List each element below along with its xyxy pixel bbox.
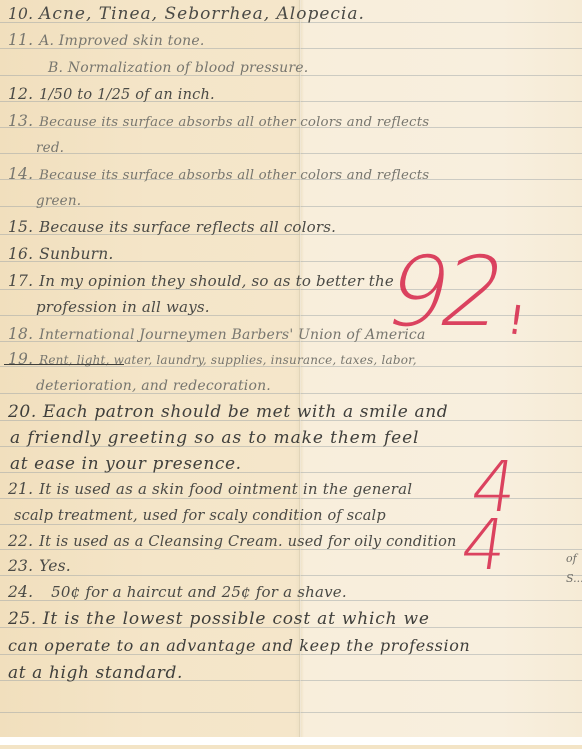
ruled-line: [0, 153, 582, 154]
answer-text: Because its surface reflects all colors.: [39, 218, 336, 236]
answer-number: 20.: [8, 402, 37, 422]
answer-text: Yes.: [39, 557, 71, 575]
answer-text: Acne, Tinea, Seborrhea, Alopecia.: [39, 4, 365, 24]
answer-text: profession in all ways.: [36, 298, 210, 316]
answer-number: 10.: [8, 5, 34, 23]
answer-19: 19. Rent, light, water, laundry, supplie…: [8, 350, 417, 368]
answer-text: 1/50 to 1/25 of an inch.: [39, 87, 215, 103]
answer-text: A. Improved skin tone.: [39, 33, 204, 49]
answer-number: 22.: [8, 532, 34, 550]
answer-number: 18.: [8, 325, 34, 343]
answer-24: 24. 50¢ for a haircut and 25¢ for a shav…: [8, 583, 347, 601]
answer-text: In my opinion they should, so as to bett…: [39, 272, 394, 290]
answer-23: 23. Yes.: [8, 557, 71, 575]
answer-13-line-2: red.: [36, 138, 64, 156]
answer-number: 12.: [8, 85, 34, 103]
answer-number: 13.: [8, 112, 34, 130]
answer-number: 21.: [8, 480, 34, 498]
answer-21-line-2: scalp treatment, used for scaly conditio…: [14, 506, 386, 524]
answer-22: 22. It is used as a Cleansing Cream. use…: [8, 532, 457, 550]
answer-text: Because its surface absorbs all other co…: [39, 168, 429, 183]
underline-mark: [4, 364, 124, 365]
answer-14-line-2: green.: [36, 191, 81, 209]
score-mark: 92: [376, 244, 510, 340]
deduction-mark: 4: [457, 510, 511, 580]
answer-16: 16. Sunburn.: [8, 245, 114, 263]
check-mark: !: [505, 297, 527, 345]
answer-21: 21. It is used as a skin food ointment i…: [8, 480, 412, 498]
answer-number: 23.: [8, 557, 34, 575]
answer-text: Sunburn.: [39, 245, 113, 263]
answer-text: at ease in your presence.: [10, 454, 242, 474]
answer-20-line-3: at ease in your presence.: [10, 454, 242, 474]
answer-sheet: 10. Acne, Tinea, Seborrhea, Alopecia. 11…: [0, 0, 582, 745]
ruled-line: [0, 712, 582, 713]
answer-text: Each patron should be met with a smile a…: [43, 402, 448, 422]
answer-number: 15.: [8, 218, 34, 236]
answer-text: green.: [36, 193, 81, 209]
answer-text: can operate to an advantage and keep the…: [8, 636, 470, 655]
answer-20: 20. Each patron should be met with a smi…: [8, 402, 448, 422]
answer-text: It is used as a skin food ointment in th…: [39, 480, 412, 498]
answer-text: a friendly greeting so as to make them f…: [10, 428, 419, 448]
answer-number: 14.: [8, 165, 34, 183]
answer-25-line-2: can operate to an advantage and keep the…: [8, 636, 470, 656]
answer-text: red.: [36, 140, 64, 156]
answer-number: 24.: [8, 583, 34, 601]
answer-number: 17.: [8, 272, 34, 290]
answer-text: scalp treatment, used for scaly conditio…: [14, 508, 386, 524]
answer-text: 50¢ for a haircut and 25¢ for a shave.: [51, 583, 347, 601]
answer-number: 25.: [8, 609, 37, 629]
answer-text: International Journeymen Barbers' Union …: [39, 327, 425, 343]
answer-number: 19.: [8, 350, 34, 368]
answer-25-line-3: at a high standard.: [8, 663, 183, 683]
answer-text: It is the lowest possible cost at which …: [43, 609, 430, 629]
answer-number: 16.: [8, 245, 34, 263]
answer-11: 11. A. Improved skin tone.: [8, 31, 204, 49]
answer-10: 10. Acne, Tinea, Seborrhea, Alopecia.: [8, 4, 365, 24]
answer-13: 13. Because its surface absorbs all othe…: [8, 112, 429, 130]
answer-text: B. Normalization of blood pressure.: [48, 60, 308, 76]
answer-19-line-2: deterioration, and redecoration.: [36, 376, 271, 394]
answer-25: 25. It is the lowest possible cost at wh…: [8, 609, 430, 629]
answer-number: 11.: [8, 31, 34, 49]
answer-15: 15. Because its surface reflects all col…: [8, 218, 336, 236]
answer-text: at a high standard.: [8, 663, 183, 683]
margin-note: of: [566, 552, 577, 565]
answer-20-line-2: a friendly greeting so as to make them f…: [10, 428, 419, 448]
answer-17: 17. In my opinion they should, so as to …: [8, 272, 394, 290]
answer-text: It is used as a Cleansing Cream. used fo…: [39, 534, 456, 550]
answer-11-line-2: B. Normalization of blood pressure.: [48, 58, 308, 76]
answer-18: 18. International Journeymen Barbers' Un…: [8, 325, 426, 343]
answer-14: 14. Because its surface absorbs all othe…: [8, 165, 429, 183]
margin-note: S...: [566, 572, 582, 585]
answer-text: Because its surface absorbs all other co…: [39, 115, 429, 130]
ruled-line: [0, 206, 582, 207]
answer-17-line-2: profession in all ways.: [36, 298, 210, 316]
answer-12: 12. 1/50 to 1/25 of an inch.: [8, 85, 215, 103]
answer-text: deterioration, and redecoration.: [36, 378, 271, 394]
